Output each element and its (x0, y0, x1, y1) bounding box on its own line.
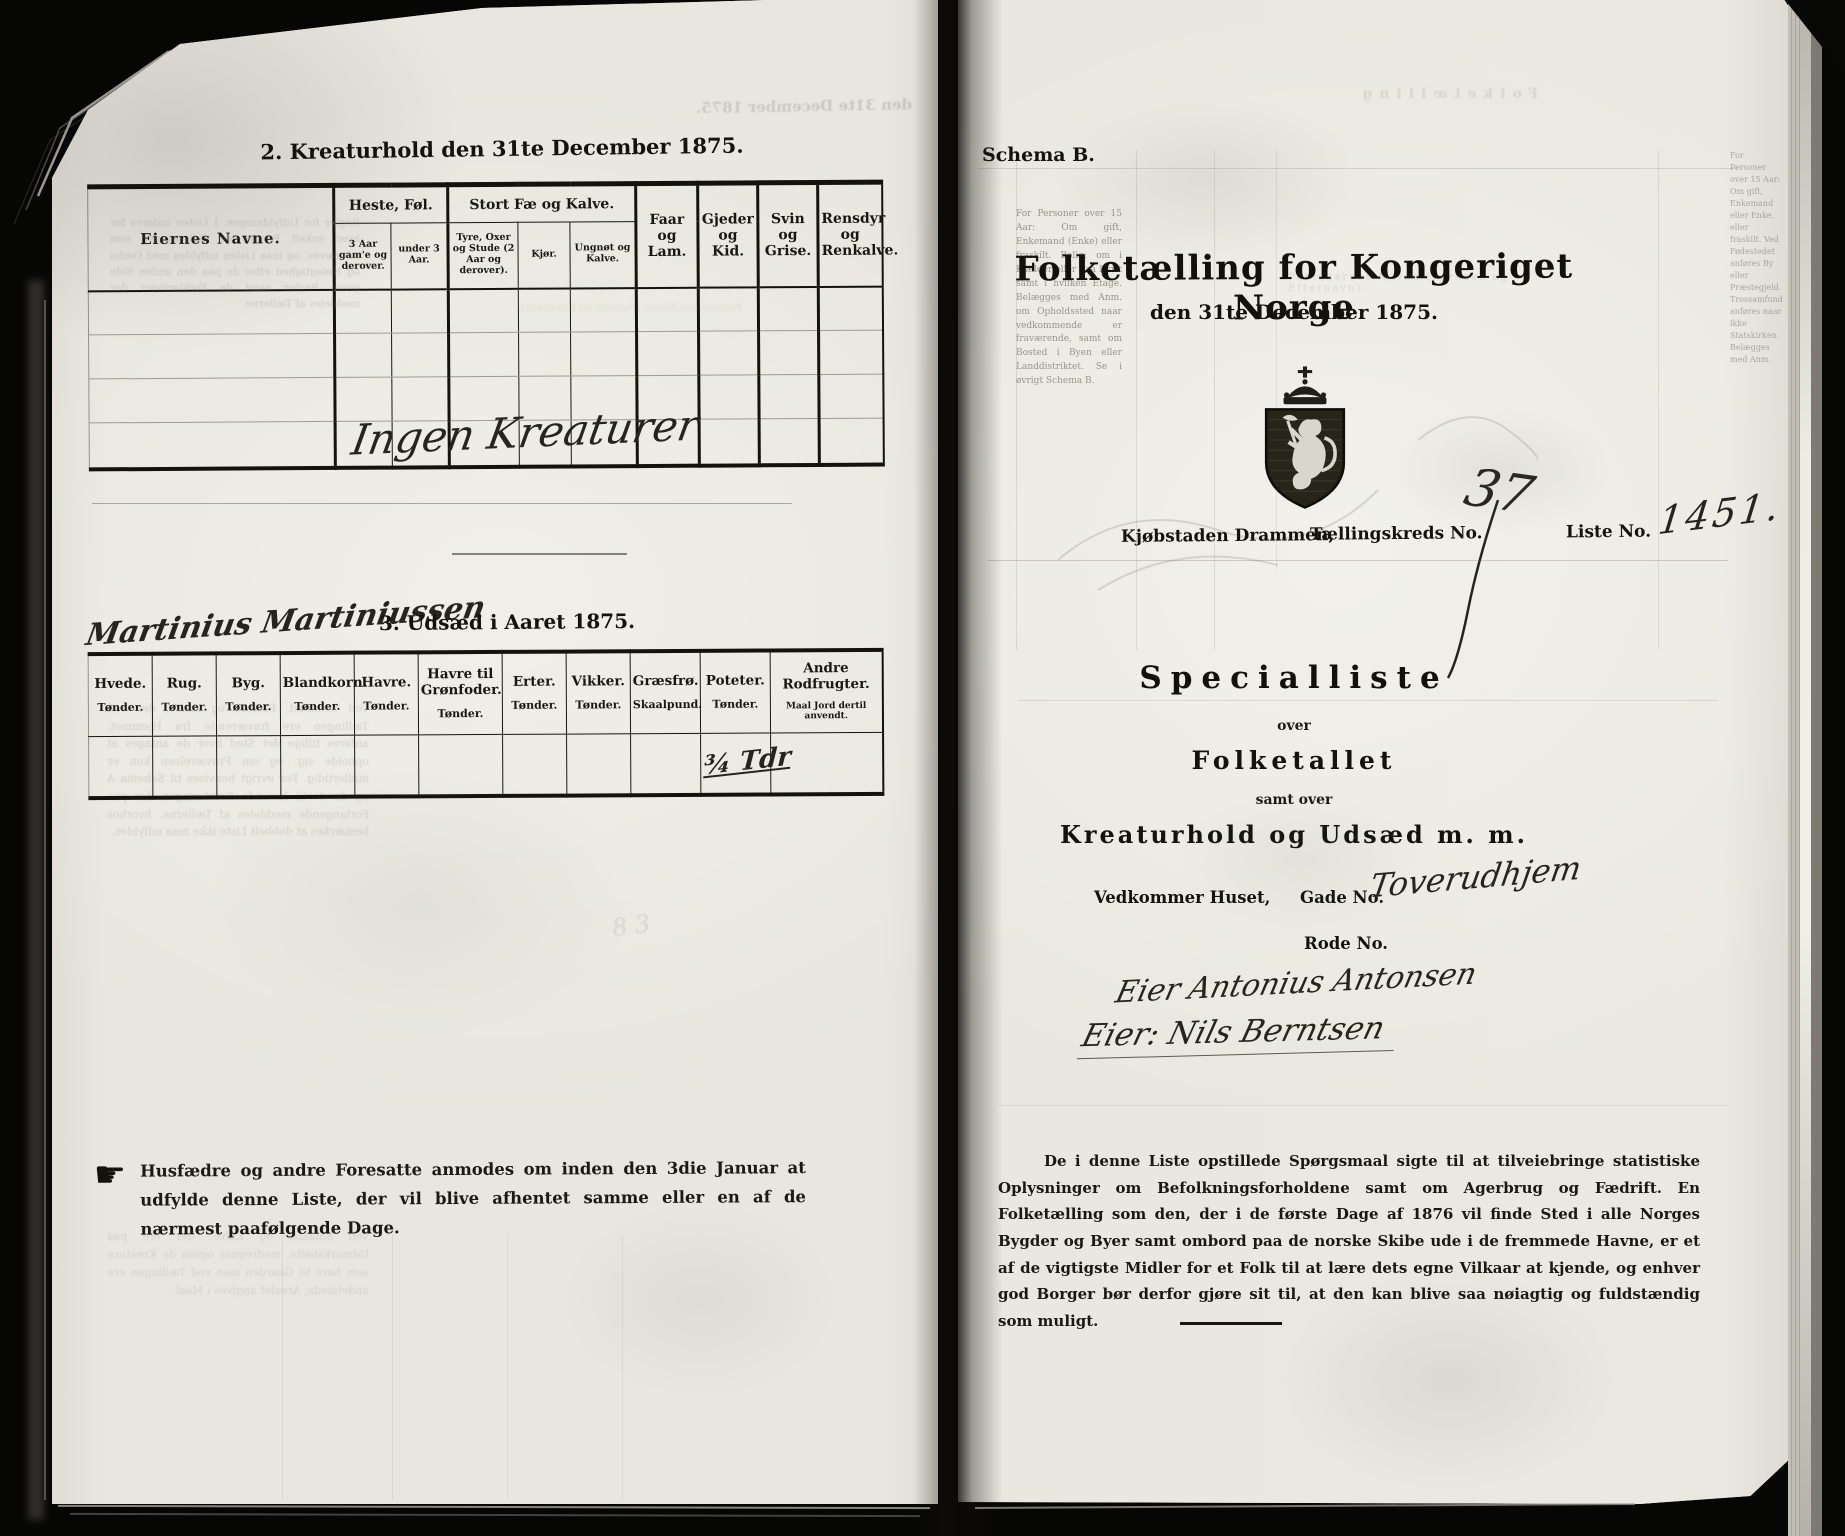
udsaed-header: Hvede.Tønder. (88, 654, 152, 736)
kreaturhold-title: 2. Kreaturhold den 31te December 1875. (222, 132, 782, 165)
col-gjeder-og-kid: Gjeder og Kid. (698, 183, 759, 287)
empty-row (88, 286, 882, 335)
handwritten-poteter-value: ¾ Tdr (699, 728, 773, 799)
vedkommer-huset-label: Vedkommer Huset, (1094, 888, 1270, 907)
bleedthrough-ghost-numbers: 8 3 (610, 909, 652, 942)
udsaed-data-row: ¾ Tdr (89, 732, 883, 798)
schema-label: Schema B. (982, 144, 1095, 166)
scratch-line (998, 1105, 1728, 1106)
bleed-column-line (622, 1235, 623, 1500)
col-rensdyr: Rensdyr og Renkalve. (818, 182, 883, 286)
bottom-edge-line-left-2 (70, 1513, 920, 1517)
specialliste-title: Specialliste (1054, 660, 1534, 696)
left-page: den 31te December 1875. 2. Kreaturhold d… (52, 0, 938, 1504)
pointing-hand-icon: ☛ (94, 1158, 126, 1194)
specialliste-samt-over: samt over (1054, 792, 1534, 808)
footer-note: ☛ Husfædre og andre Foresatte anmodes om… (94, 1154, 806, 1244)
scratch-line (988, 560, 1728, 561)
scanned-census-spread: den 31te December 1875. 2. Kreaturhold d… (0, 0, 1845, 1536)
handwritten-street-name: Toverudhjem (1367, 848, 1584, 905)
bleedthrough-margin-3: Ved Smaafæ og Kalve, der ere paa Udmarks… (107, 1228, 369, 1478)
bleedthrough-top-mirrored: den 31te December 1875. (612, 95, 912, 118)
udsaed-title: 3. Udsæd i Aaret 1875. (377, 609, 637, 635)
specialliste-kreaturhold: Kreaturhold og Udsæd m. m. (1054, 820, 1534, 849)
bleed-column-line (1658, 150, 1659, 650)
udsaed-header: Rug.Tønder. (152, 653, 216, 735)
handwritten-flourish (1438, 500, 1518, 680)
bleed-column-line (282, 1235, 283, 1500)
colgroup-stort-fae: Stort Fæ og Kalve. (448, 184, 636, 223)
fore-edge-band-bright (1800, 0, 1811, 1536)
bleed-row-line (978, 168, 1738, 169)
bleed-column-line (507, 1235, 508, 1500)
col-faar-og-lam: Faar og Lam. (636, 183, 699, 287)
list-label: Liste No. (1566, 522, 1651, 543)
udsaed-header: Erter.Tønder. (502, 652, 566, 734)
udsaed-table: Hvede.Tønder. Rug.Tønder. Byg.Tønder. Bl… (88, 648, 884, 800)
udsaed-header: Havre til Grønfoder.Tønder. (418, 652, 502, 734)
subcol-kjoer: Kjør. (518, 222, 570, 288)
end-rule (1180, 1322, 1282, 1325)
bleedthrough-right-margin: For Personer over 15 Aar: Om gift, Enkem… (1730, 150, 1782, 690)
bleedthrough-right-top: Folketælling (1138, 86, 1538, 102)
specialliste-folketallet: Folketallet (1054, 746, 1534, 775)
bleed-column-line (392, 1235, 393, 1500)
footer-note-text: Husfædre og andre Foresatte anmodes om i… (140, 1154, 806, 1244)
colgroup-heste: Heste, Føl. (334, 185, 448, 224)
bottom-edge-line-right (975, 1503, 1635, 1509)
fore-edge-band-dark (1811, 0, 1822, 1536)
subcol-tyre-oxer: Tyre, Oxer og Stude (2 Aar og derover). (448, 222, 518, 288)
udsaed-header: Havre.Tønder. (354, 652, 418, 734)
udsaed-header: Blandkorn.Tønder. (280, 653, 354, 735)
faint-rule (92, 503, 792, 504)
udsaed-header: Poteter.Tønder. (700, 651, 770, 733)
udsaed-table-wrap: Hvede.Tønder. Rug.Tønder. Byg.Tønder. Bl… (88, 648, 883, 800)
col-svin-og-grise: Svin og Grise. (758, 182, 819, 286)
udsaed-header: Vikker.Tønder. (566, 651, 630, 733)
left-page-edge-line (44, 300, 46, 1500)
bleed-column-line (1016, 150, 1017, 650)
bottom-edge-line-left (58, 1505, 930, 1509)
bleed-column-line (1214, 150, 1215, 650)
scratch-line (1018, 700, 1718, 701)
subcol-heste-3aar: 3 Aar gam'e og derover. (334, 223, 391, 289)
city-label: Kjøbstaden Drammen, (1121, 525, 1335, 547)
book-spine-shadow (28, 280, 44, 1520)
subcol-heste-under3: under 3 Aar. (391, 223, 448, 289)
subcol-ungnot: Ungnøt og Kalve. (570, 222, 636, 288)
empty-row (89, 330, 883, 379)
info-paragraph: De i denne Liste opstillede Spørgsmaal s… (998, 1148, 1700, 1335)
short-dash-rule (452, 553, 627, 555)
rode-no-label: Rode No. (1304, 934, 1388, 953)
census-subtitle: den 31te December 1875. (1014, 300, 1574, 324)
col-owner: Eiernes Navne. (88, 185, 335, 291)
specialliste-over: over (1054, 718, 1534, 734)
udsaed-header: Andre Rodfrugter.Maal Jord dertil anvend… (770, 650, 882, 733)
coat-of-arms-norway (1258, 366, 1352, 512)
right-page: Folketælling Schema B. For Personer over… (958, 0, 1810, 1536)
udsaed-header: Græsfrø.Skaalpund. (630, 651, 700, 733)
bleed-column-line (1136, 150, 1137, 650)
handwritten-occupant-line: Eier Antonius Antonsen (1112, 956, 1480, 1010)
udsaed-header: Byg.Tønder. (216, 653, 280, 735)
handwritten-owner-line: Eier: Nils Berntsen (1077, 1010, 1405, 1060)
